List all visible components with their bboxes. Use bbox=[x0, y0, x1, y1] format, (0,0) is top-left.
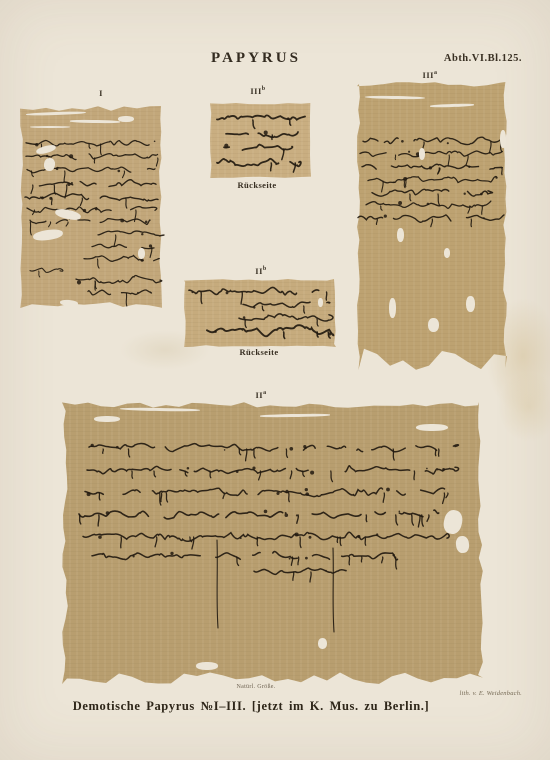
fragment-label-I: I bbox=[99, 88, 103, 98]
lithographer-credit: lith. v. E. Weidenbach. bbox=[459, 690, 522, 697]
fragment-label-IIIb: IIIb bbox=[250, 86, 265, 96]
lithograph-plate-page: PAPYRUS Abth.VI.Bl.125. I IIIb IIIa IIb … bbox=[0, 0, 550, 760]
plate-title: PAPYRUS bbox=[211, 50, 301, 67]
scale-note: Natürl. Größe. bbox=[236, 684, 275, 690]
rueckseite-caption-IIIb: Rückseite bbox=[237, 180, 276, 190]
plate-reference: Abth.VI.Bl.125. bbox=[444, 53, 522, 64]
fragment-label-IIa: IIa bbox=[255, 390, 266, 400]
fragment-label-IIIa: IIIa bbox=[423, 70, 438, 80]
plate-caption: Demotische Papyrus №I–III. [jetzt im K. … bbox=[73, 699, 430, 714]
rueckseite-caption-IIb: Rückseite bbox=[239, 347, 278, 357]
fragment-label-IIb: IIb bbox=[255, 266, 266, 276]
plate-text-layer: PAPYRUS Abth.VI.Bl.125. I IIIb IIIa IIb … bbox=[0, 0, 550, 760]
